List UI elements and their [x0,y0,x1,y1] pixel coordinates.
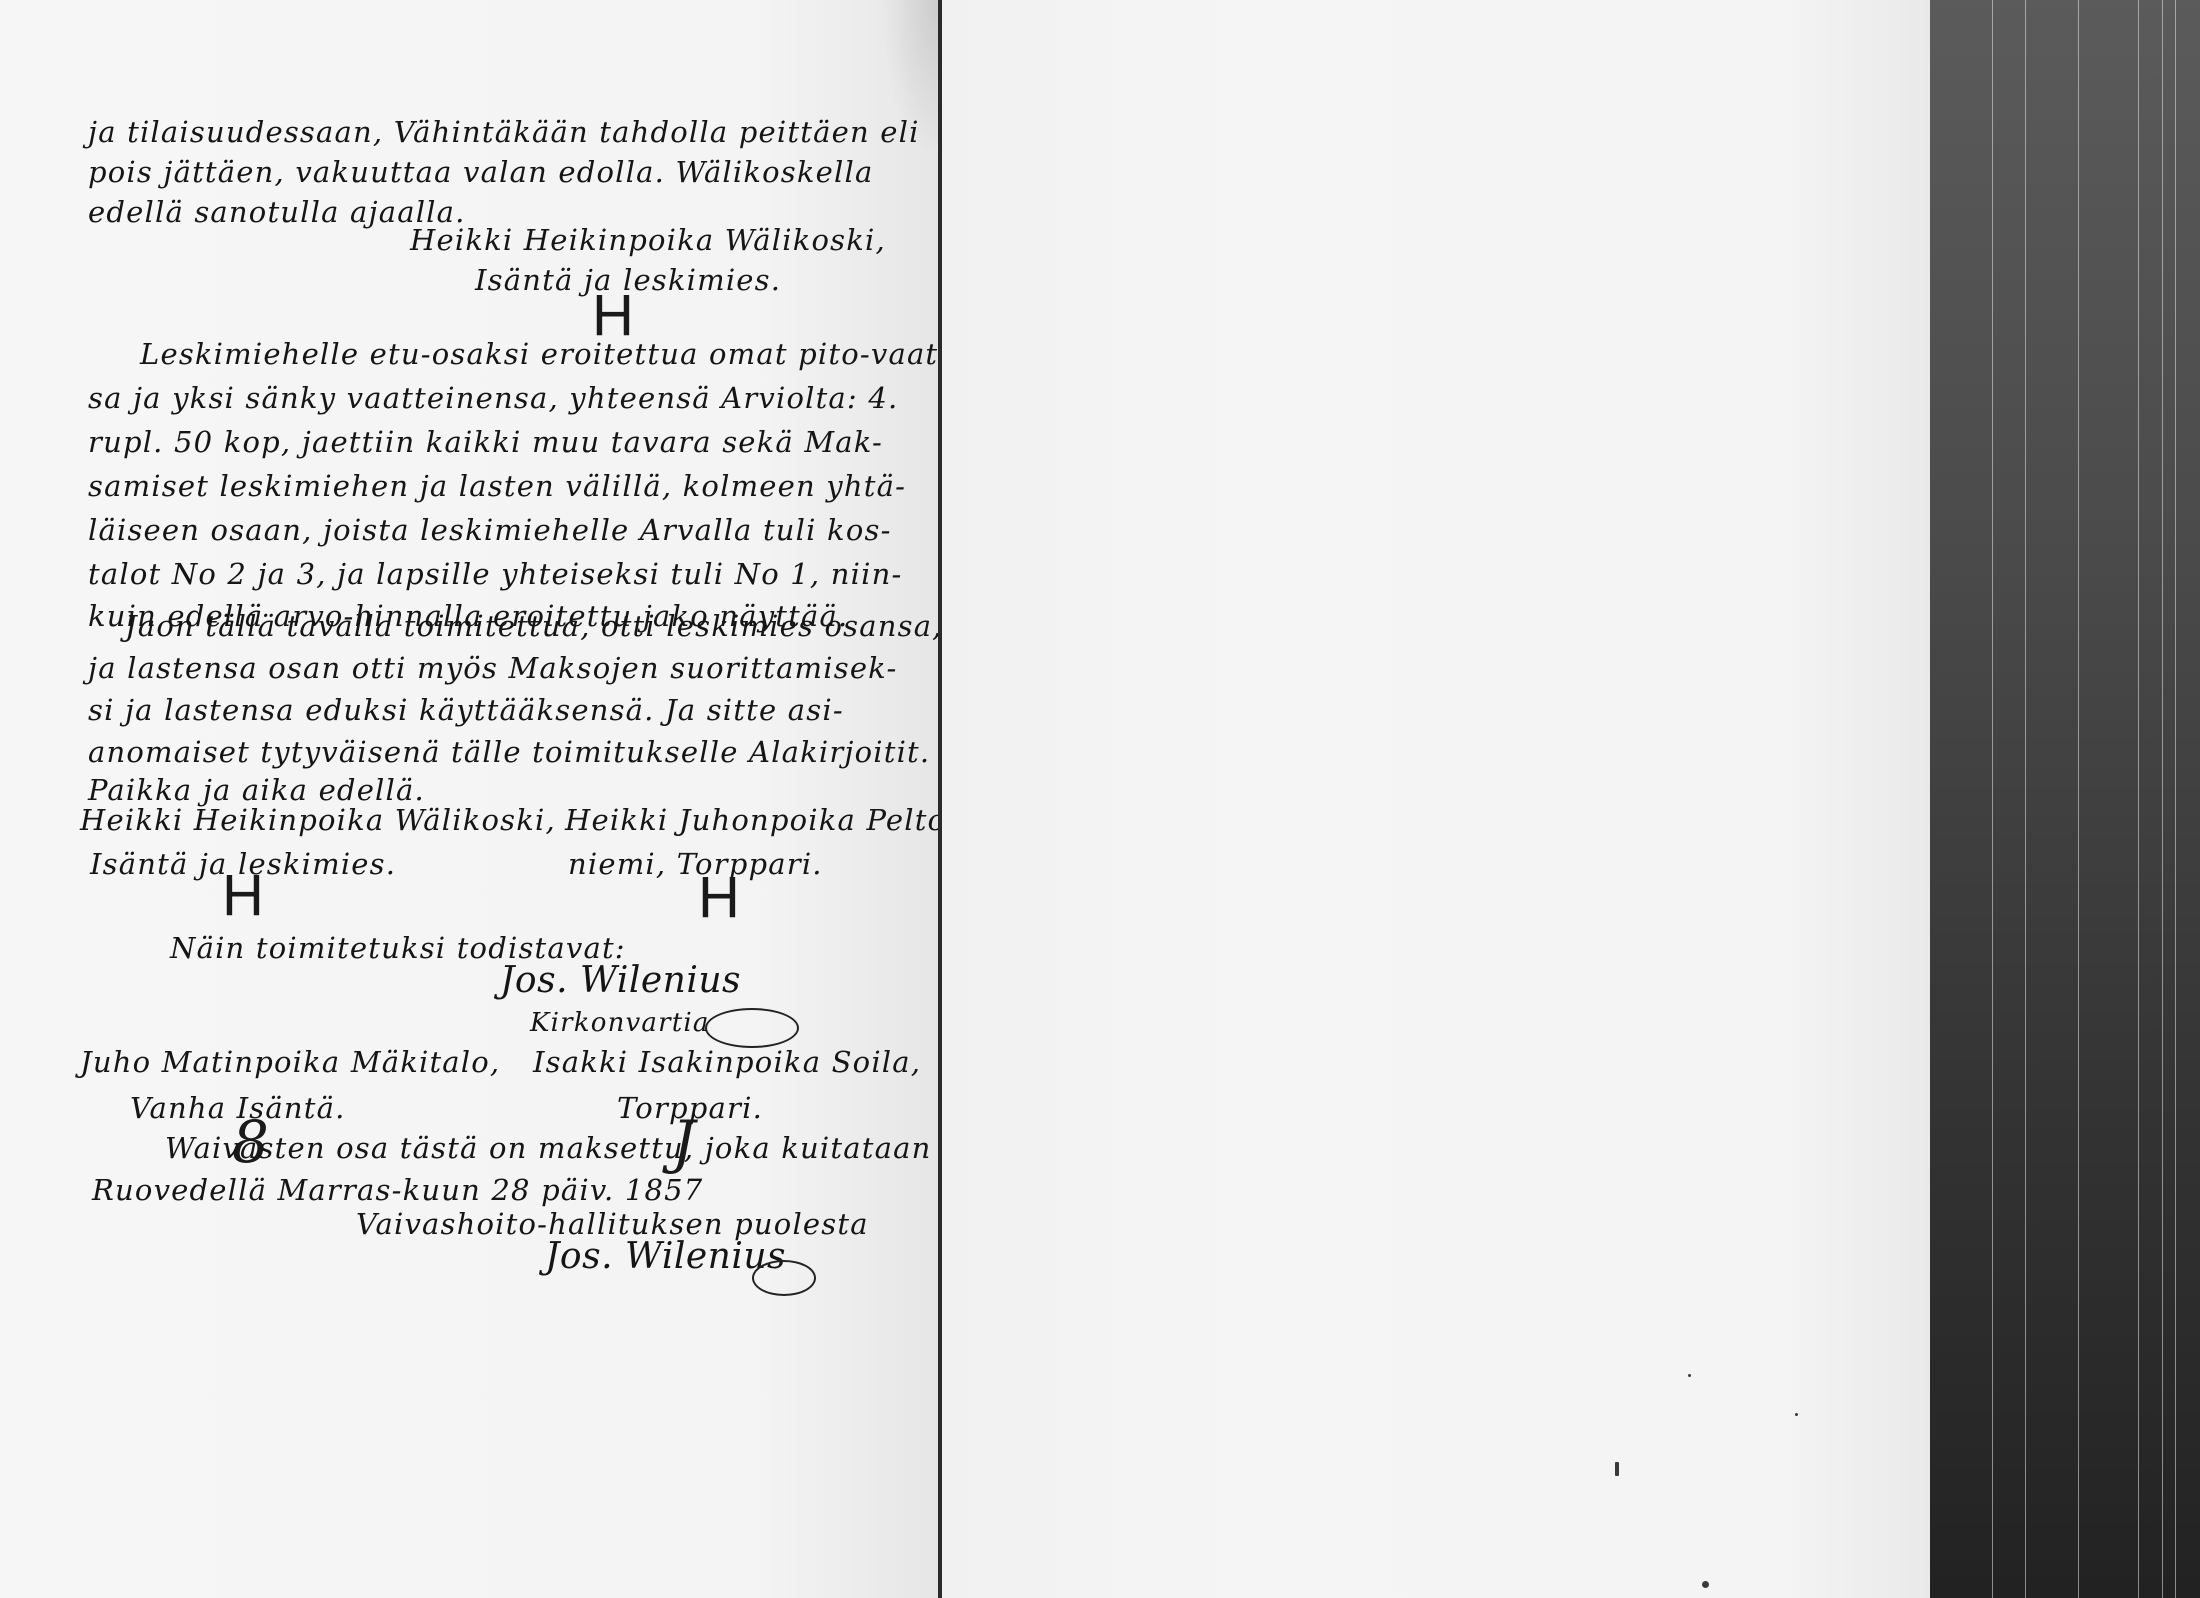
text-line: edellä sanotulla ajaalla. [88,198,466,227]
receipt-authority: Vaivashoito-hallituksen puolesta [356,1210,869,1239]
signature-name: Heikki Heikinpoika Wälikoski, [410,226,886,255]
text-line: samiset leskimiehen ja lasten välillä, k… [88,472,906,501]
signatory-name: Heikki Heikinpoika Wälikoski, [80,806,556,835]
speck-mark [1795,1413,1798,1416]
text-line: sa ja yksi sänky vaatteinensa, yhteensä … [88,384,898,413]
text-line: si ja lastensa eduksi käyttääksensä. Ja … [88,696,844,725]
signatory-title: niemi, Torppari. [568,850,823,879]
speck-mark [1702,1581,1709,1588]
official-title: Kirkonvartia [530,1010,710,1036]
film-border [1930,0,2200,1598]
signatory-name: Heikki Juhonpoika Pelto- [565,806,957,835]
official-signature: Jos. Wilenius [500,960,741,1001]
receipt-line: Waivasten osa tästä on maksettu, joka ku… [165,1134,931,1163]
text-line: Jaon tällä tavalla toimitettua, otti les… [125,612,943,641]
receipt-signature: Jos. Wilenius [545,1236,786,1277]
witness-name: Juho Matinpoika Mäkitalo, [80,1048,500,1077]
text-line: rupl. 50 kop, jaettiin kaikki muu tavara… [88,428,883,457]
document-scan: ja tilaisuudessaan, Vähintäkään tahdolla… [0,0,2200,1598]
signatory-mark: H [698,864,740,931]
receipt-line: Ruovedellä Marras-kuun 28 päiv. 1857 [92,1176,703,1205]
text-line: Leskimiehelle etu-osaksi eroitettua omat… [140,340,1019,369]
left-page: ja tilaisuudessaan, Vähintäkään tahdolla… [0,0,940,1598]
witness-intro: Näin toimitetuksi todistavat: [170,934,626,963]
signatory-mark: H [222,862,264,929]
signature-flourish-icon [752,1260,816,1296]
text-line: ja tilaisuudessaan, Vähintäkään tahdolla… [88,118,920,147]
text-line: Paikka ja aika edellä. [88,776,425,805]
text-line: läiseen osaan, joista leskimiehelle Arva… [88,516,892,545]
signature-flourish-icon [705,1008,799,1048]
text-line: anomaiset tytyväisenä tälle toimituksell… [88,738,930,767]
right-page [942,0,1930,1598]
witness-name: Isakki Isakinpoika Soila, [533,1048,921,1077]
text-line: talot No 2 ja 3, ja lapsille yhteiseksi … [88,560,902,589]
text-line: pois jättäen, vakuuttaa valan edolla. Wä… [88,158,873,187]
speck-mark [1615,1462,1619,1476]
text-line: ja lastensa osan otti myös Maksojen suor… [88,654,897,683]
speck-mark [1688,1374,1691,1377]
